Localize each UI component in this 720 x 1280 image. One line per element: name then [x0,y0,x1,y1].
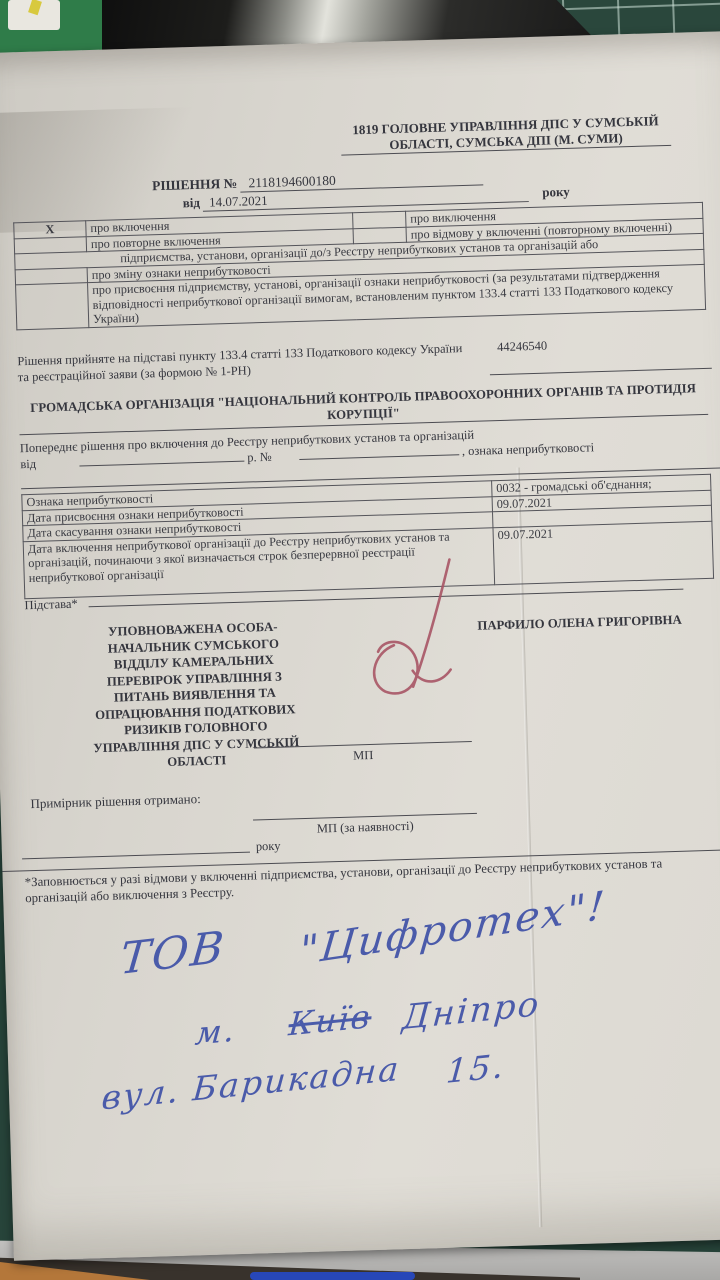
handwriting-building: 15. [445,1046,507,1091]
handwriting-city-value: Дніпро [401,984,542,1038]
previous-num-label: р. № [247,450,272,465]
date-suffix: року [532,184,570,200]
checkbox-assign [16,283,89,330]
year-suffix: року [256,839,281,855]
handwriting-city-prefix: м. [194,1011,238,1053]
handwriting-street: вул. Барикадна [100,1049,402,1118]
mp-optional-label: МП (за наявності) [253,817,477,839]
handwriting-company-prefix: ТОВ [118,922,228,985]
blue-pen [250,1272,415,1280]
basis-text: Рішення прийняте на підставі пункту 133.… [17,341,473,385]
handwriting-city-struck: Київ [287,997,373,1043]
previous-from-label: від [20,457,36,471]
decision-title: РІШЕННЯ № [152,176,237,194]
checkbox-exclude [353,211,406,228]
year-blank-line [22,852,250,860]
previous-suffix-label: , ознака неприбутковості [462,440,595,458]
previous-number-blank [299,454,459,460]
previous-date-blank [79,461,244,467]
agency-header: 1819 ГОЛОВНЕ УПРАВЛІННЯ ДПС У СУМСЬКІЙ О… [300,112,711,157]
checkbox-refuse [353,227,406,244]
grounds-label: Підстава* [24,597,78,613]
document-paper: 1819 ГОЛОВНЕ УПРАВЛІННЯ ДПС У СУМСЬКІЙ О… [0,31,720,1261]
date-prefix: від [182,195,200,211]
photo-of-document: { "scene": { "mat_color": "#2a473c", "de… [0,0,720,1280]
handwritten-signature [353,557,488,731]
copy-received-label: Примірник рішення отримано: [30,791,201,812]
decision-type-table: X про включення про виключення про повто… [13,202,706,330]
detail-value: 09.07.2021 [493,521,714,584]
document-content: 1819 ГОЛОВНЕ УПРАВЛІННЯ ДПС У СУМСЬКІЙ О… [11,112,720,1242]
official-name: ПАРФИЛО ОЛЕНА ГРИГОРІВНА [477,612,717,634]
